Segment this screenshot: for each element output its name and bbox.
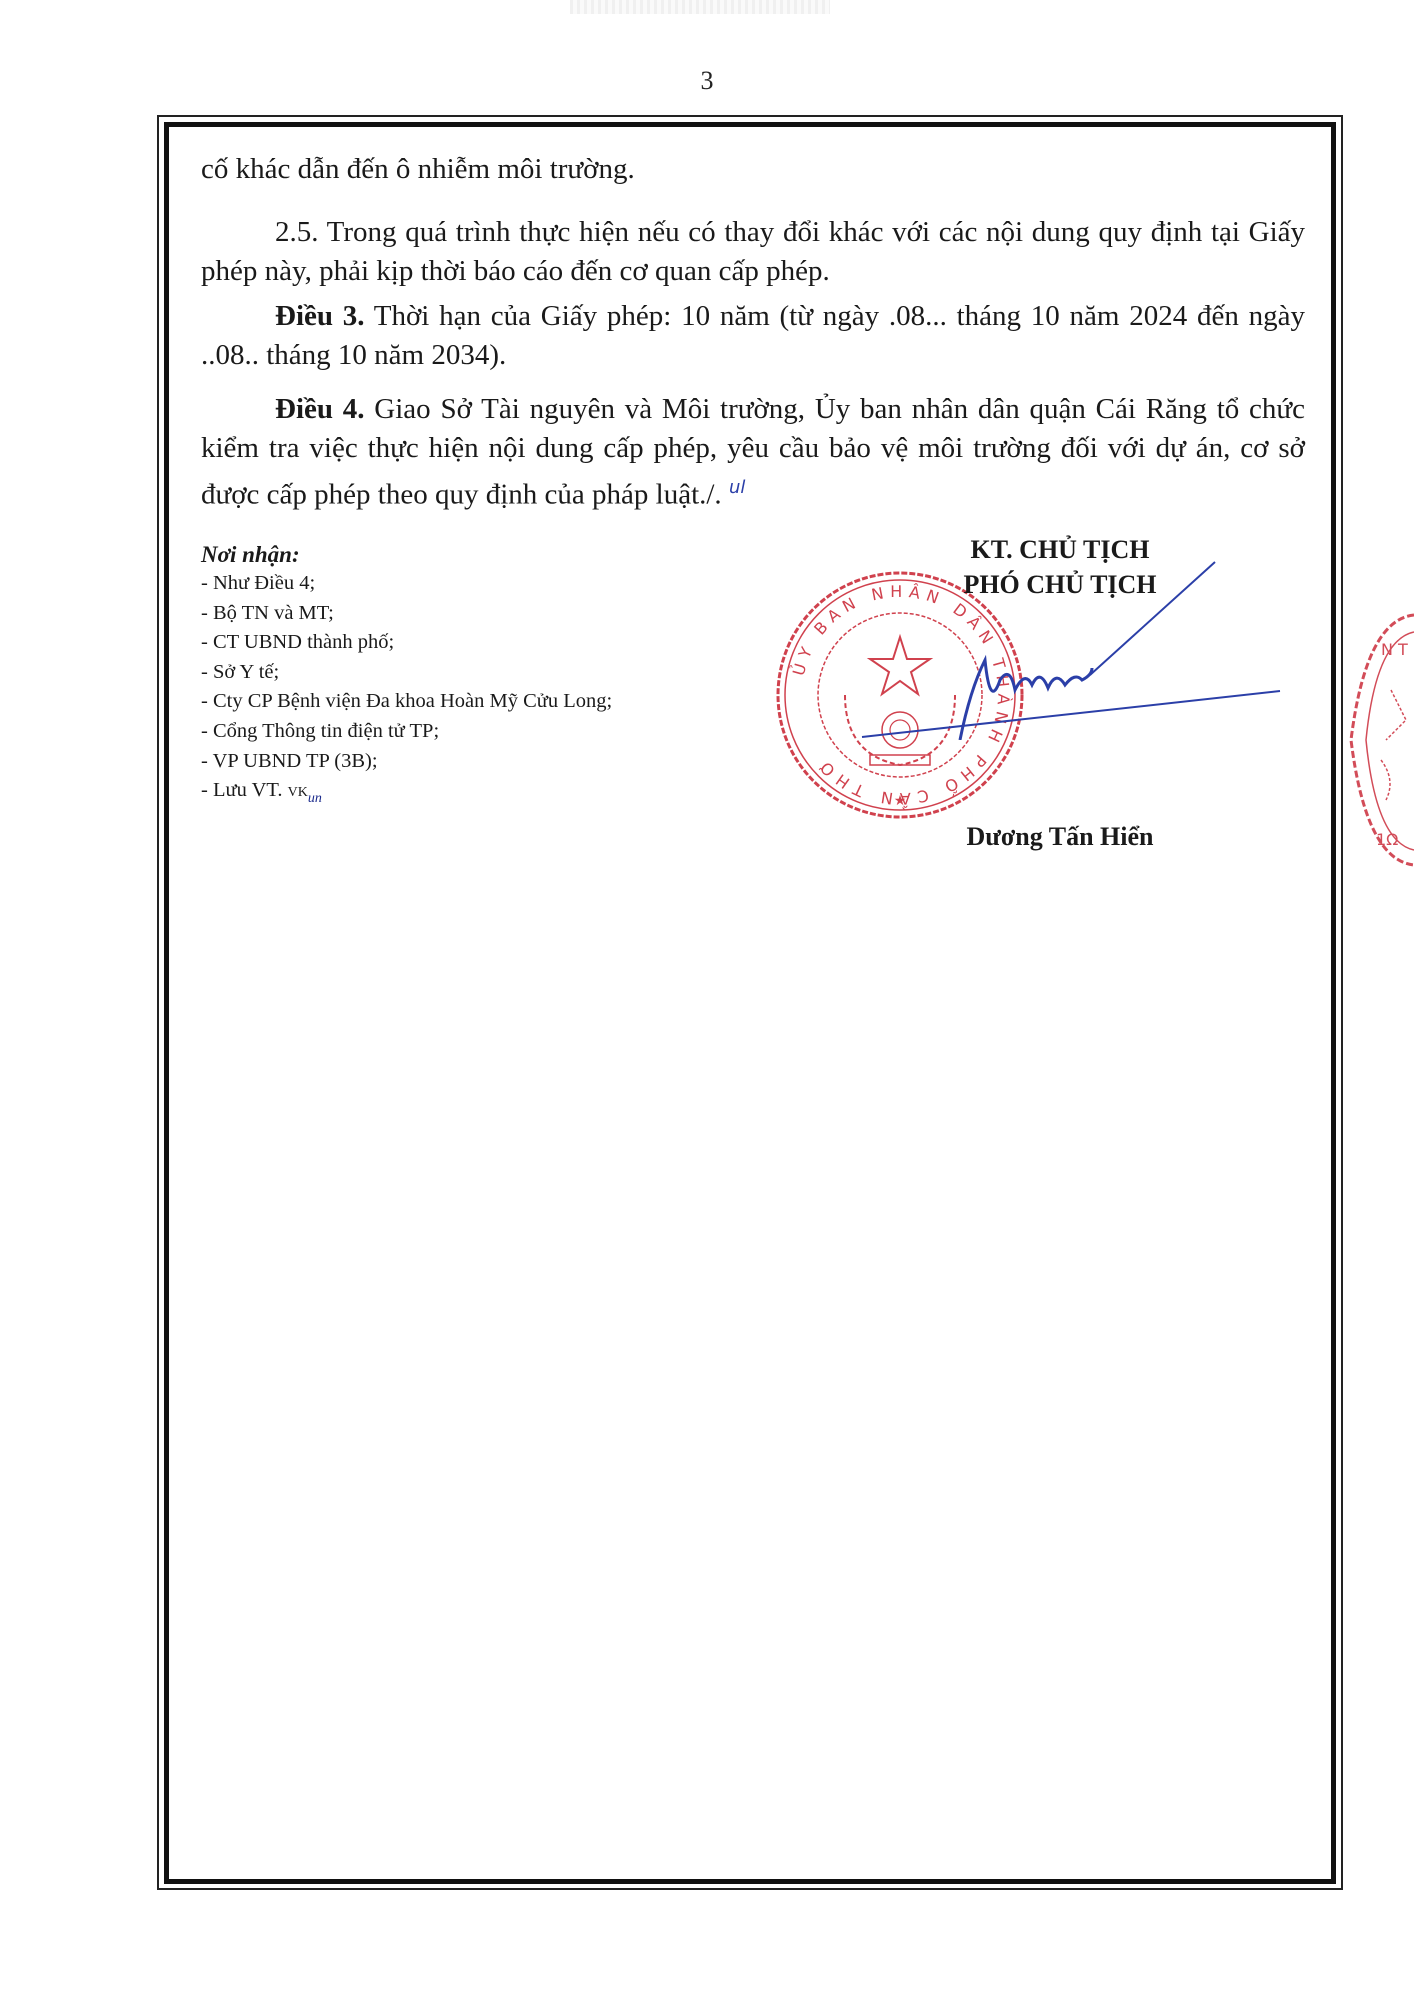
- paragraph-2-5: 2.5. Trong quá trình thực hiện nếu có th…: [201, 213, 1305, 291]
- archive-initials: un: [308, 791, 322, 806]
- recipients-list: Nơi nhận: - Như Điều 4; - Bộ TN và MT; -…: [201, 541, 761, 808]
- recipient-item-archive: - Lưu VT. VKun: [201, 776, 761, 808]
- article-4: Điều 4. Giao Sở Tài nguyên và Môi trường…: [201, 390, 1305, 515]
- svg-text:★: ★: [894, 794, 907, 809]
- article-3-start-day: .08...: [889, 300, 947, 332]
- recipient-item: - Như Điều 4;: [201, 569, 761, 599]
- archive-code: VK: [288, 785, 308, 800]
- scan-artifact: [570, 0, 830, 14]
- handwritten-initials: ul: [729, 477, 745, 498]
- article-4-label: Điều 4.: [275, 393, 365, 425]
- recipient-item: - VP UBND TP (3B);: [201, 747, 761, 777]
- partial-stamp-icon: N T 1Ω: [1346, 610, 1414, 870]
- article-3-end-day: ..08..: [201, 339, 259, 371]
- handwritten-signature-icon: [860, 560, 1300, 740]
- article-3-text-2: tháng 10 năm 2024 đến ngày: [947, 300, 1305, 332]
- article-3-label: Điều 3.: [275, 300, 365, 332]
- paragraph-2-5-wrap: 2.5. Trong quá trình thực hiện nếu có th…: [201, 213, 1305, 291]
- page-number: 3: [0, 66, 1414, 96]
- svg-text:1Ω: 1Ω: [1376, 830, 1398, 849]
- body-text: cố khác dẫn đến ô nhiễm môi trường.: [201, 150, 1305, 189]
- article-3: Điều 3. Thời hạn của Giấy phép: 10 năm (…: [201, 297, 1305, 375]
- recipients-title: Nơi nhận:: [201, 541, 761, 569]
- recipient-item: - Cty CP Bệnh viện Đa khoa Hoàn Mỹ Cửu L…: [201, 687, 761, 717]
- article-4-text: Giao Sở Tài nguyên và Môi trường, Ủy ban…: [201, 393, 1305, 511]
- recipient-item: - CT UBND thành phố;: [201, 628, 761, 658]
- page-border-inner: [164, 122, 1336, 1884]
- recipient-item: - Cổng Thông tin điện tử TP;: [201, 717, 761, 747]
- recipient-item: - Bộ TN và MT;: [201, 599, 761, 629]
- article-3-text-3: tháng 10 năm 2034).: [259, 339, 506, 371]
- recipient-item: - Sở Y tế;: [201, 658, 761, 688]
- svg-text:N T: N T: [1381, 640, 1408, 659]
- signer-name: Dương Tấn Hiển: [880, 822, 1240, 852]
- paragraph-continuation: cố khác dẫn đến ô nhiễm môi trường.: [201, 150, 1305, 189]
- article-3-text-1: Thời hạn của Giấy phép: 10 năm (từ ngày: [365, 300, 889, 332]
